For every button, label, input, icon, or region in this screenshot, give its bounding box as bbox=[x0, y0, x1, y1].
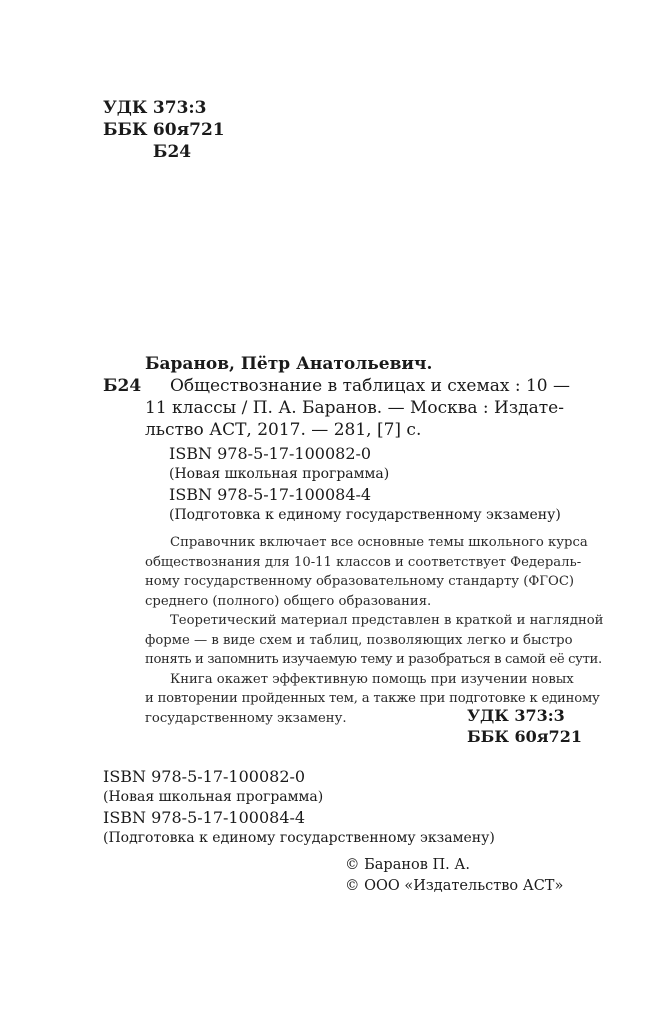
record-description: Обществознание в таблицах и схемах : 10 … bbox=[145, 375, 570, 441]
isbn-1: ISBN 978-5-17-100082-0 bbox=[169, 443, 561, 464]
bottom-isbn-2: ISBN 978-5-17-100084-4 bbox=[103, 807, 495, 828]
isbn-2: ISBN 978-5-17-100084-4 bbox=[169, 484, 561, 505]
copyright-author: © Баранов П. А. bbox=[345, 855, 563, 876]
author-mark: Б24 bbox=[153, 142, 191, 162]
copyright-block: © Баранов П. А. © ООО «Издательство АСТ» bbox=[345, 855, 563, 897]
copyright-publisher: © ООО «Издательство АСТ» bbox=[345, 876, 563, 897]
bottom-isbn-block: ISBN 978-5-17-100082-0 (Новая школьная п… bbox=[103, 766, 495, 848]
bbk-value: 60я721 bbox=[153, 120, 225, 140]
top-classification: УДК 373:3 ББК 60я721 Б24 bbox=[103, 97, 225, 163]
udk-line: УДК 373:3 bbox=[103, 97, 225, 119]
record-line: Обществознание в таблицах и схемах : 10 … bbox=[145, 375, 570, 397]
bottom-isbn-2-note: (Подготовка к единому государственному э… bbox=[103, 828, 495, 848]
annotation: Справочник включает все основные темы шк… bbox=[145, 533, 603, 728]
annotation-paragraph: Теоретический материал представлен в кра… bbox=[145, 611, 603, 670]
isbn-1-note: (Новая школьная программа) bbox=[169, 464, 561, 484]
bbk-line: ББК 60я721 bbox=[103, 119, 225, 141]
udk-value: 373:3 bbox=[153, 98, 207, 118]
record-author-mark: Б24 bbox=[103, 375, 141, 397]
classification-footer: УДК 373:3 ББК 60я721 bbox=[467, 705, 582, 747]
footer-bbk: ББК 60я721 bbox=[467, 726, 582, 747]
footer-udk: УДК 373:3 bbox=[467, 705, 582, 726]
isbn-2-note: (Подготовка к единому государственному э… bbox=[169, 505, 561, 525]
bottom-isbn-1-note: (Новая школьная программа) bbox=[103, 787, 495, 807]
bottom-isbn-1: ISBN 978-5-17-100082-0 bbox=[103, 766, 495, 787]
record-line: льство АСТ, 2017. — 281, [7] с. bbox=[145, 419, 570, 441]
record-line: 11 классы / П. А. Баранов. — Москва : Из… bbox=[145, 397, 570, 419]
udk-label: УДК bbox=[103, 97, 147, 119]
record-isbn-block: ISBN 978-5-17-100082-0 (Новая школьная п… bbox=[169, 443, 561, 525]
author-mark-line: Б24 bbox=[103, 141, 225, 163]
author-heading: Баранов, Пётр Анатольевич. bbox=[145, 353, 432, 375]
bbk-label: ББК bbox=[103, 119, 147, 141]
annotation-paragraph: Справочник включает все основные темы шк… bbox=[145, 533, 603, 611]
